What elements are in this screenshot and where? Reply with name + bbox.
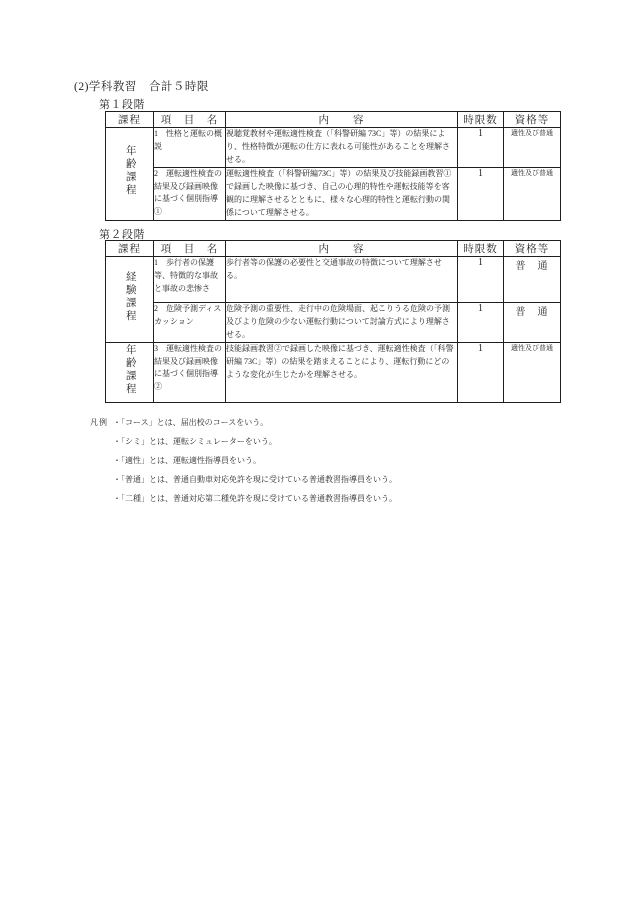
stage2-header-row: 課程 項 目 名 内 容 時限数 資格等: [106, 241, 561, 257]
item-cell: 1 性格と運転の概説: [154, 128, 226, 168]
content-cell: 運転適性検査（「科警研編73C」等）の結果及び技能録画教習①で録画した映像に基づ…: [226, 167, 458, 220]
stage1-heading: 第１段階: [99, 96, 145, 112]
hours-cell: 1: [458, 128, 504, 168]
header-content: 内 容: [226, 112, 458, 128]
table-row: 2 運転適性検査の結果及び録画映像に基づく個別指導① 運転適性検査（「科警研編7…: [106, 167, 561, 220]
legend-item: ・「二種」とは、普通対応第二種免許を現に受けている普通教習指導員をいう。: [113, 493, 397, 512]
header-qualification: 資格等: [504, 112, 561, 128]
qualification-cell: 普 通: [504, 303, 561, 343]
course-label: 経験課程: [124, 271, 135, 323]
table-row: 経験課程 1 歩行者の保護等、特徴的な事故と事故の悲惨さ 歩行者等の保護の必要性…: [106, 257, 561, 303]
course-cell-experience: 経験課程: [106, 257, 154, 343]
hours-cell: 1: [458, 167, 504, 220]
item-cell: 3 運転適性検査の結果及び録画映像に基づく個別指導②: [154, 342, 226, 402]
header-item: 項 目 名: [154, 241, 226, 257]
course-label: 年齢課程: [124, 145, 135, 197]
stage1-header-row: 課程 項 目 名 内 容 時限数 資格等: [106, 112, 561, 128]
legend-label: 凡例: [90, 417, 113, 512]
hours-cell: 1: [458, 303, 504, 343]
section-title: (2)学科教習 合計５時限: [74, 78, 209, 94]
qualification-cell: 普 通: [504, 257, 561, 303]
content-cell: 技能録画教習②で録画した映像に基づき、運転適性検査（「科警研編 73C」等）の結…: [226, 342, 458, 402]
qualification-cell: 適性及び普通: [504, 167, 561, 220]
header-qualification: 資格等: [504, 241, 561, 257]
item-cell: 1 歩行者の保護等、特徴的な事故と事故の悲惨さ: [154, 257, 226, 303]
hours-cell: 1: [458, 342, 504, 402]
table-row: 年齢課程 3 運転適性検査の結果及び録画映像に基づく個別指導② 技能録画教習②で…: [106, 342, 561, 402]
legend-item: ・「シミ」とは、運転シミュレーターをいう。: [113, 436, 397, 455]
header-content: 内 容: [226, 241, 458, 257]
header-hours: 時限数: [458, 241, 504, 257]
legend-item: ・「普通」とは、普通自動車対応免許を現に受けている普通教習指導員をいう。: [113, 474, 397, 493]
header-item: 項 目 名: [154, 112, 226, 128]
stage1-table: 課程 項 目 名 内 容 時限数 資格等 年齢課程 1 性格と運転の概説 視聴覚…: [105, 111, 561, 221]
item-cell: 2 危険予測ディスカッション: [154, 303, 226, 343]
stage2-table: 課程 項 目 名 内 容 時限数 資格等 経験課程 1 歩行者の保護等、特徴的な…: [105, 240, 561, 403]
header-course: 課程: [106, 241, 154, 257]
legend-item: ・「コース」とは、届出校のコースをいう。: [113, 417, 397, 436]
legend-block: 凡例 ・「コース」とは、届出校のコースをいう。 ・「シミ」とは、運転シミュレータ…: [90, 417, 397, 512]
course-cell-age: 年齢課程: [106, 342, 154, 402]
content-cell: 視聴覚教材や運転適性検査（「科警研編 73C」等）の結果により、性格特徴が運転の…: [226, 128, 458, 168]
course-cell-age: 年齢課程: [106, 128, 154, 221]
document-page: (2)学科教習 合計５時限 第１段階 課程 項 目 名 内 容 時限数 資格等 …: [0, 0, 630, 903]
course-label: 年齢課程: [124, 344, 135, 396]
legend-items: ・「コース」とは、届出校のコースをいう。 ・「シミ」とは、運転シミュレーターをい…: [113, 417, 397, 512]
qualification-cell: 適性及び普通: [504, 342, 561, 402]
content-cell: 危険予測の重要性、走行中の危険場面、起こりうる危険の予測及びより危険の少ない運転…: [226, 303, 458, 343]
header-course: 課程: [106, 112, 154, 128]
table-row: 年齢課程 1 性格と運転の概説 視聴覚教材や運転適性検査（「科警研編 73C」等…: [106, 128, 561, 168]
legend-item: ・「適性」とは、運転適性指導員をいう。: [113, 455, 397, 474]
header-hours: 時限数: [458, 112, 504, 128]
hours-cell: 1: [458, 257, 504, 303]
qualification-cell: 適性及び普通: [504, 128, 561, 168]
item-cell: 2 運転適性検査の結果及び録画映像に基づく個別指導①: [154, 167, 226, 220]
content-cell: 歩行者等の保護の必要性と交通事故の特徴について理解させる。: [226, 257, 458, 303]
table-row: 2 危険予測ディスカッション 危険予測の重要性、走行中の危険場面、起こりうる危険…: [106, 303, 561, 343]
